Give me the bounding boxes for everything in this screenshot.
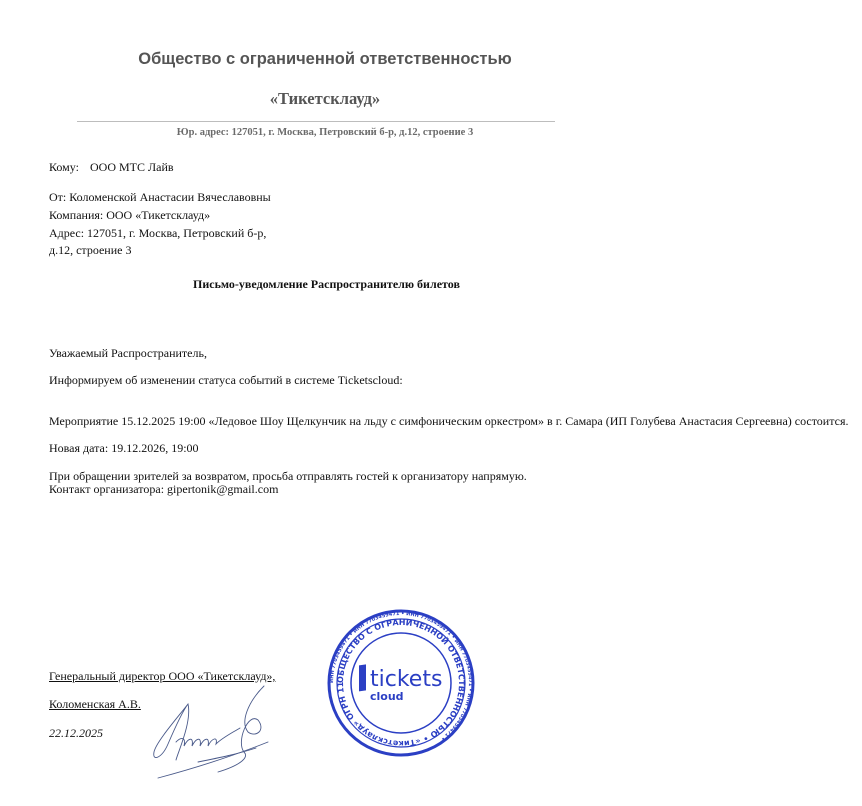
recipient-label: Кому: <box>49 160 79 175</box>
sender-from: От: Коломенской Анастасии Вячеславовны <box>49 190 271 205</box>
letterhead-divider <box>77 121 555 122</box>
letterhead-company-type: Общество с ограниченной ответственностью <box>0 50 650 69</box>
sender-company: Компания: ООО «Тикетсклауд» <box>49 208 210 223</box>
svg-text:cloud: cloud <box>370 690 404 703</box>
sender-address-line2: д.12, строение 3 <box>49 243 131 258</box>
signature-date: 22.12.2025 <box>49 726 103 741</box>
handwritten-signature-icon <box>148 682 288 782</box>
company-stamp-icon: ОБЩЕСТВО С ОГРАНИЧЕННОЙ ОТВЕТСТВЕННОСТЬЮ… <box>326 608 476 758</box>
signatory-name: Коломенская А.В. <box>49 697 141 712</box>
svg-text:tickets: tickets <box>370 667 442 692</box>
new-date: Новая дата: 19.12.2026, 19:00 <box>49 441 199 456</box>
event-status: Мероприятие 15.12.2025 19:00 «Ледовое Шо… <box>49 414 848 429</box>
letterhead-legal-address: Юр. адрес: 127051, г. Москва, Петровский… <box>0 127 650 138</box>
sender-address-line1: Адрес: 127051, г. Москва, Петровский б-р… <box>49 226 266 241</box>
recipient-value: ООО МТС Лайв <box>90 160 174 175</box>
letter-subject: Письмо-уведомление Распространителю биле… <box>193 277 460 292</box>
letterhead-company-name: «Тикетсклауд» <box>0 89 650 109</box>
intro-text: Информируем об изменении статуса событий… <box>49 373 403 388</box>
greeting: Уважаемый Распространитель, <box>49 346 207 361</box>
organizer-contact: Контакт организатора: gipertonik@gmail.c… <box>49 482 278 497</box>
